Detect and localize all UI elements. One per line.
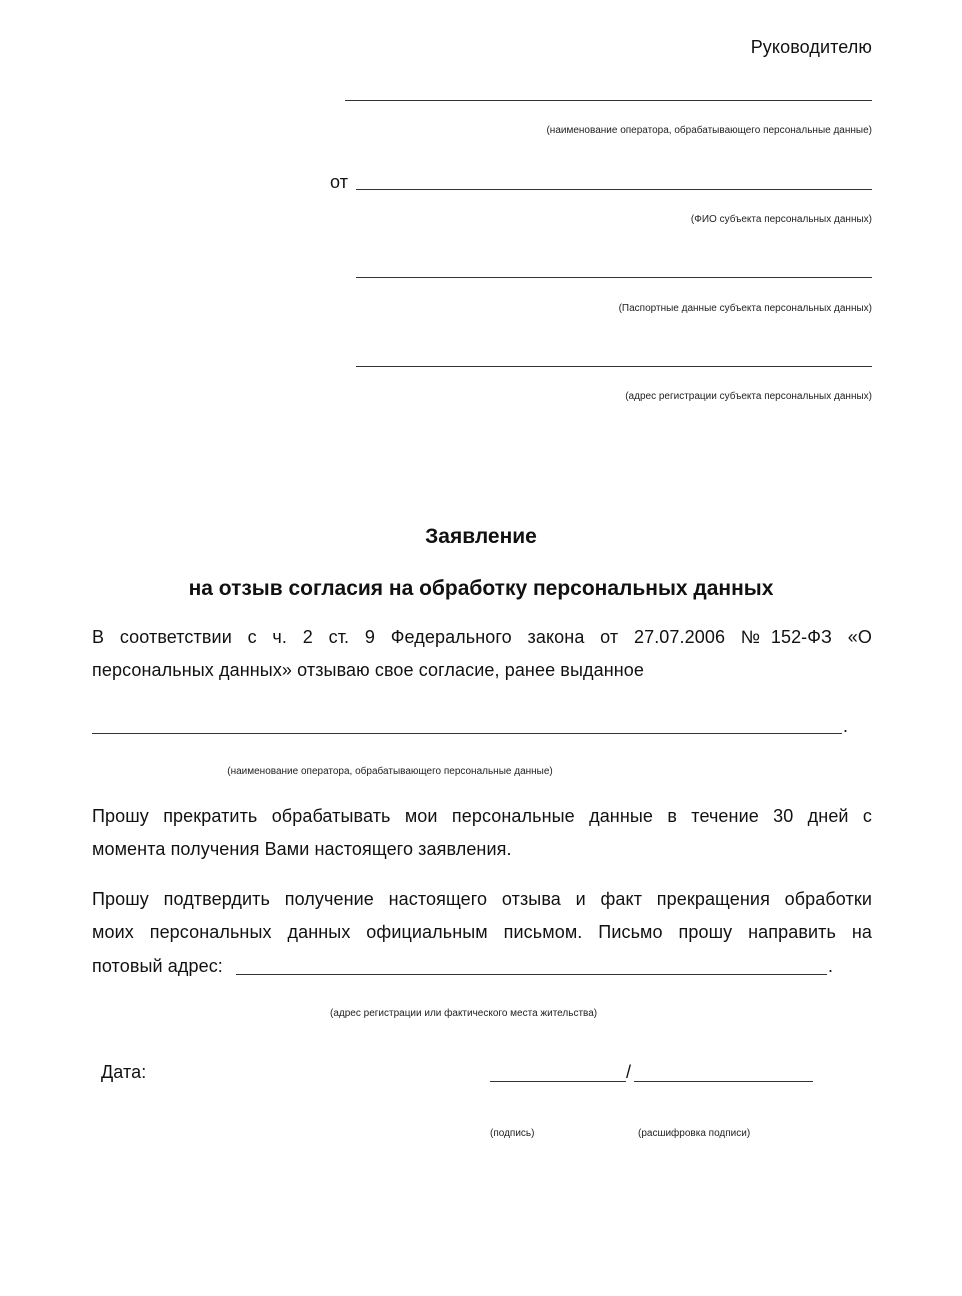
signature-field[interactable] — [490, 1081, 626, 1082]
signature-slash: / — [626, 1062, 631, 1083]
paragraph-3-line-3: потовый адрес: — [92, 956, 223, 977]
decoding-caption: (расшифровка подписи) — [638, 1128, 750, 1139]
paragraph-2-line-2: момента получения Вами настоящего заявле… — [92, 839, 512, 860]
postal-address-caption: (адрес регистрации или фактического мест… — [330, 1008, 597, 1019]
fio-caption: (ФИО субъекта персональных данных) — [691, 214, 872, 225]
paragraph-1-line-2: персональных данных» отзываю свое соглас… — [92, 660, 644, 681]
passport-caption: (Паспортные данные субъекта персональных… — [619, 303, 872, 314]
operator-period: . — [843, 716, 848, 737]
paragraph-3-line-2: моих персональных данных официальным пис… — [92, 922, 872, 943]
fio-field[interactable] — [356, 189, 872, 190]
postal-address-field[interactable] — [236, 974, 827, 975]
operator-name-field[interactable] — [345, 100, 872, 101]
address-field[interactable] — [356, 366, 872, 367]
passport-field[interactable] — [356, 277, 872, 278]
addressee-label: Руководителю — [751, 37, 872, 58]
paragraph-2-line-1: Прошу прекратить обрабатывать мои персон… — [92, 806, 872, 827]
paragraph-1-line-1: В соответствии с ч. 2 ст. 9 Федерального… — [92, 627, 872, 648]
address-caption: (адрес регистрации субъекта персональных… — [625, 391, 872, 402]
address-period: . — [828, 956, 833, 977]
operator-caption-2: (наименование оператора, обрабатывающего… — [0, 766, 780, 777]
operator-caption: (наименование оператора, обрабатывающего… — [546, 125, 872, 136]
paragraph-3-line-1: Прошу подтвердить получение настоящего о… — [92, 889, 872, 910]
document-title: Заявление — [0, 525, 962, 549]
signature-caption: (подпись) — [490, 1128, 534, 1139]
from-label: от — [330, 172, 348, 193]
document-subtitle: на отзыв согласия на обработку персональ… — [0, 577, 962, 601]
date-label: Дата: — [101, 1062, 146, 1083]
operator-name-field-2[interactable] — [92, 733, 842, 734]
signature-decoding-field[interactable] — [634, 1081, 813, 1082]
